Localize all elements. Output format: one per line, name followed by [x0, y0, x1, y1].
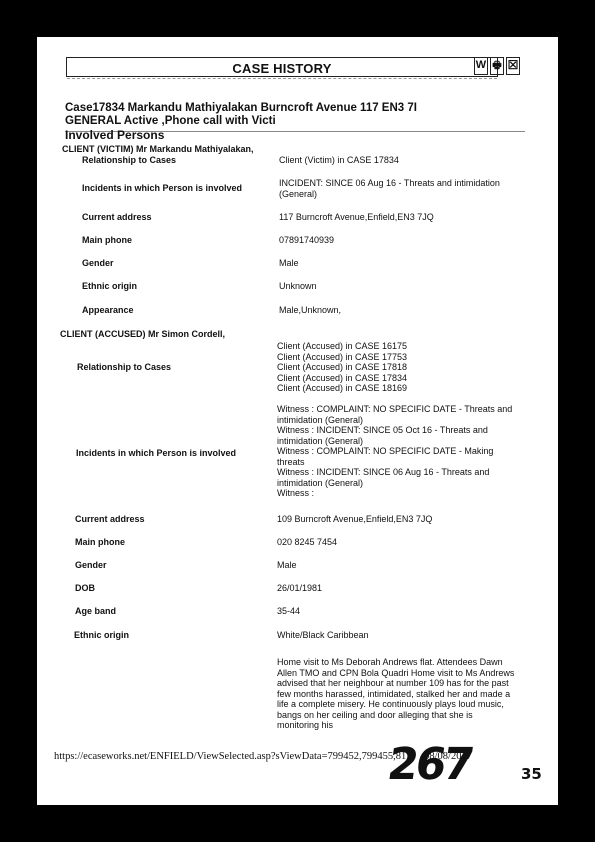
title-bar: CASE HISTORY: [66, 57, 498, 77]
accused-label-address: Current address: [75, 514, 145, 524]
victim-label-gender: Gender: [82, 258, 114, 268]
accused-relationships: Client (Accused) in CASE 16175 Client (A…: [277, 341, 512, 394]
victim-value-relationship: Client (Victim) in CASE 17834: [279, 155, 514, 166]
accused-value-ethnic: White/Black Caribbean: [277, 630, 512, 641]
accused-label-ageband: Age band: [75, 606, 116, 616]
title-divider: [67, 77, 497, 79]
relationship-item: Client (Accused) in CASE 18169: [277, 383, 512, 394]
accused-value-gender: Male: [277, 560, 512, 571]
victim-value-incidents: INCIDENT: SINCE 06 Aug 16 - Threats and …: [279, 178, 514, 199]
accused-value-phone: 020 8245 7454: [277, 537, 512, 548]
victim-label-address: Current address: [82, 212, 152, 222]
incident-item: Witness : INCIDENT: SINCE 06 Aug 16 - Th…: [277, 467, 517, 488]
footer-url[interactable]: https://ecaseworks.net/ENFIELD/ViewSelec…: [54, 751, 412, 762]
case-line-1: Case17834 Markandu Mathiyalakan Burncrof…: [65, 102, 417, 115]
accused-heading: CLIENT (ACCUSED) Mr Simon Cordell,: [60, 329, 225, 339]
relationship-item: Client (Accused) in CASE 17834: [277, 373, 512, 384]
victim-label-relationship: Relationship to Cases: [82, 155, 176, 165]
accused-label-ethnic: Ethnic origin: [74, 630, 129, 640]
accused-label-gender: Gender: [75, 560, 107, 570]
victim-value-gender: Male: [279, 258, 514, 269]
victim-value-appearance: Male,Unknown,: [279, 305, 514, 316]
victim-label-incidents: Incidents in which Person is involved: [82, 183, 242, 193]
relationship-item: Client (Accused) in CASE 17753: [277, 352, 512, 363]
word-export-icon[interactable]: W: [474, 57, 488, 75]
incident-item: Witness : COMPLAINT: NO SPECIFIC DATE - …: [277, 446, 517, 467]
relationship-item: Client (Accused) in CASE 16175: [277, 341, 512, 352]
accused-label-phone: Main phone: [75, 537, 125, 547]
incident-item: Witness : COMPLAINT: NO SPECIFIC DATE - …: [277, 404, 517, 425]
accused-label-incidents: Incidents in which Person is involved: [76, 448, 236, 458]
victim-value-ethnic: Unknown: [279, 281, 514, 292]
incident-item: Witness : INCIDENT: SINCE 05 Oct 16 - Th…: [277, 425, 517, 446]
accused-label-relationship: Relationship to Cases: [77, 362, 171, 372]
accused-incidents: Witness : COMPLAINT: NO SPECIFIC DATE - …: [277, 404, 517, 499]
accused-label-dob: DOB: [75, 583, 95, 593]
document-page: CASE HISTORY W 🖶 ☒ Case17834 Markandu Ma…: [37, 37, 558, 805]
section-title: Involved Persons: [65, 128, 164, 142]
victim-value-phone: 07891740939: [279, 235, 514, 246]
accused-value-address: 109 Burncroft Avenue,Enfield,EN3 7JQ: [277, 514, 512, 525]
victim-label-phone: Main phone: [82, 235, 132, 245]
case-line-2: GENERAL Active ,Phone call with Victi: [65, 115, 417, 128]
accused-value-dob: 26/01/1981: [277, 583, 512, 594]
case-summary: Case17834 Markandu Mathiyalakan Burncrof…: [65, 102, 417, 128]
toolbar-icons: W 🖶 ☒: [474, 57, 520, 75]
victim-heading: CLIENT (VICTIM) Mr Markandu Mathiyalakan…: [62, 144, 254, 154]
handwritten-page-number: 267: [384, 739, 474, 790]
victim-label-ethnic: Ethnic origin: [82, 281, 137, 291]
page-title: CASE HISTORY: [67, 61, 497, 76]
victim-value-address: 117 Burncroft Avenue,Enfield,EN3 7JQ: [279, 212, 514, 223]
accused-value-ageband: 35-44: [277, 606, 512, 617]
print-icon[interactable]: 🖶: [490, 57, 504, 75]
handwritten-mark: 35: [521, 765, 542, 783]
accused-notes: Home visit to Ms Deborah Andrews flat. A…: [277, 657, 517, 731]
relationship-item: Client (Accused) in CASE 17818: [277, 362, 512, 373]
close-icon[interactable]: ☒: [506, 57, 520, 75]
incident-item: Witness :: [277, 488, 517, 499]
victim-label-appearance: Appearance: [82, 305, 134, 315]
